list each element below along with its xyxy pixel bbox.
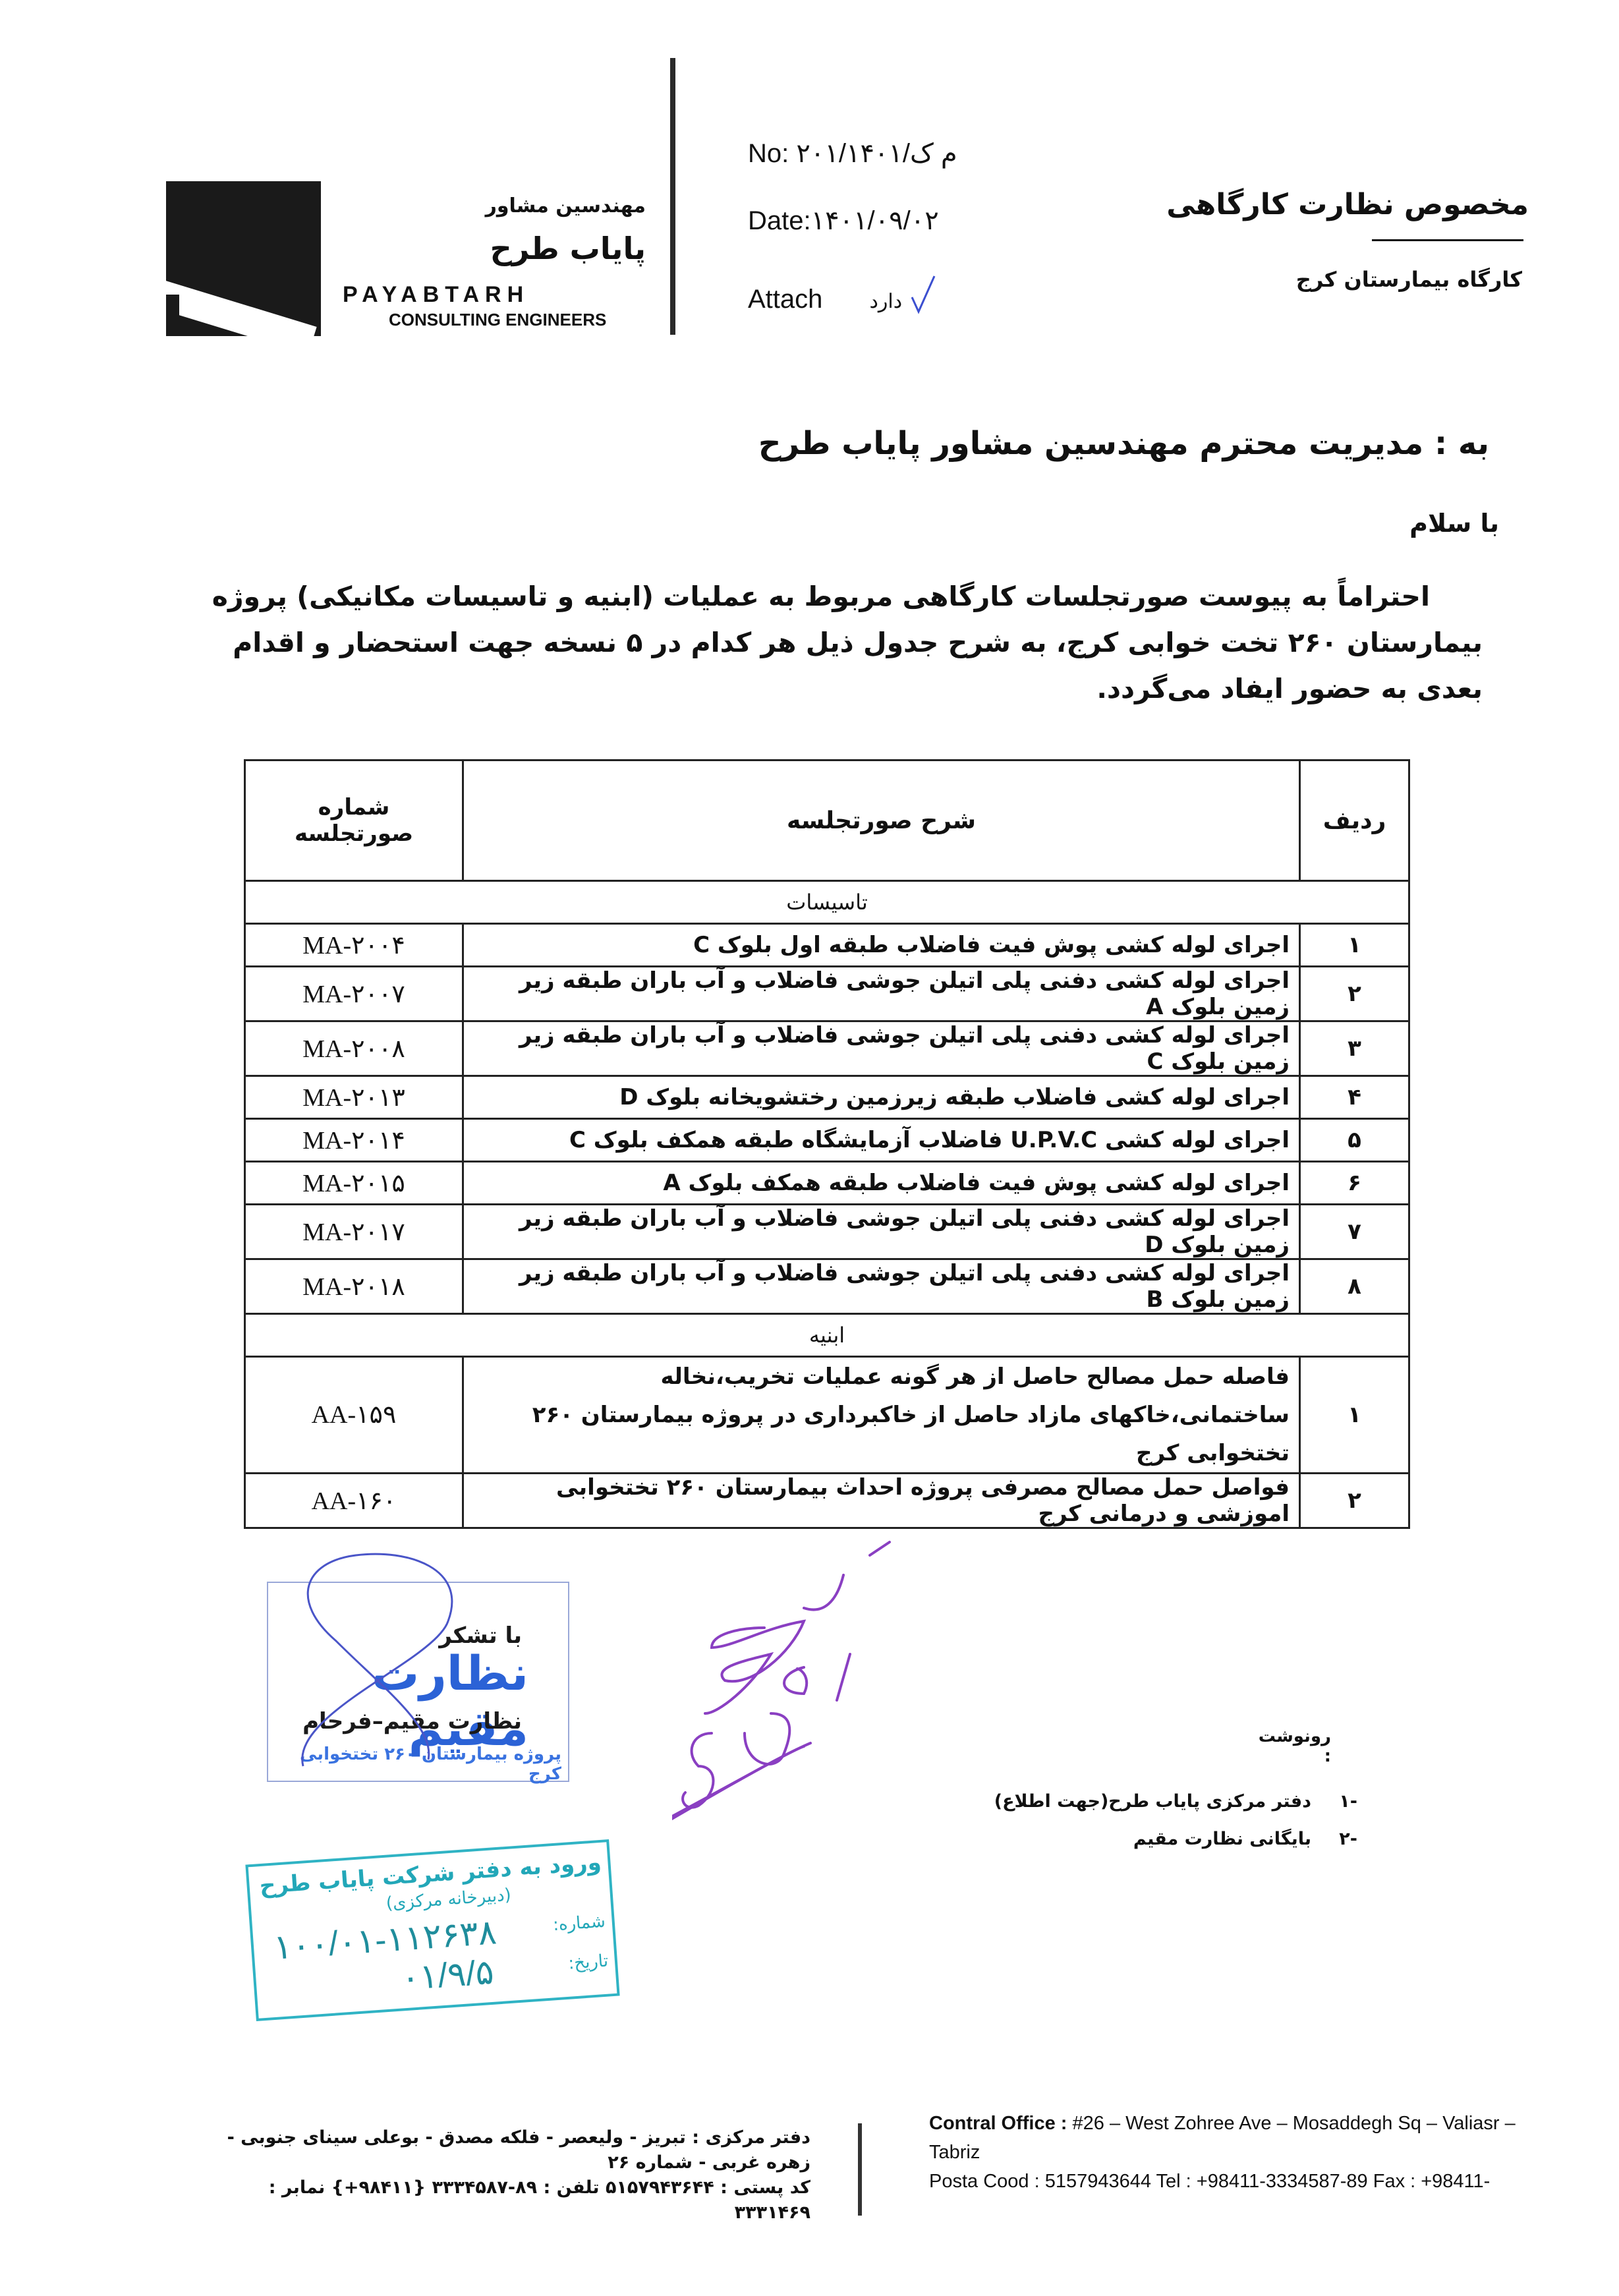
table-row: ۱ فاصله حمل مصالح حاصل از هر گونه عملیات… — [245, 1357, 1409, 1474]
footer-postal-line: Posta Cood : 5157943644 Tel : +98411-333… — [929, 2167, 1555, 2196]
row-number: ۸ — [1300, 1259, 1409, 1314]
row-minutes-number: MA-۲۰۰۸ — [245, 1021, 463, 1076]
row-number: ۱ — [1300, 1357, 1409, 1474]
firm-tagline-en: CONSULTING ENGINEERS — [389, 310, 606, 330]
minutes-table: ردیف شرح صورتجلسه شماره صورتجلسه تاسیسات… — [244, 759, 1410, 1529]
department-title: مخصوص نظارت کارگاهی — [1081, 188, 1529, 255]
row-minutes-number: MA-۲۰۱۸ — [245, 1259, 463, 1314]
row-description: اجرای لوله کشی پوش فیت فاضلاب طبقه اول ب… — [463, 924, 1300, 967]
row-minutes-number: MA-۲۰۱۷ — [245, 1205, 463, 1259]
footer-divider — [858, 2123, 862, 2216]
logo-shape — [166, 295, 179, 336]
row-description: اجرای لوله کشی دفنی پلی اتیلن جوشی فاضلا… — [463, 967, 1300, 1021]
cc-item-number: -۱ — [1311, 1791, 1357, 1812]
letter-date-value: ۱۴۰۱/۰۹/۰۲ — [811, 206, 939, 235]
letter-attachment: Attach دارد — [748, 275, 936, 314]
row-minutes-number: MA-۲۰۱۳ — [245, 1076, 463, 1119]
table-row: ۶ اجرای لوله کشی پوش فیت فاضلاب طبقه همک… — [245, 1162, 1409, 1205]
site-name: کارگاه بیمارستان کرج — [1186, 267, 1522, 292]
attach-label: Attach — [748, 285, 822, 314]
row-number: ۱ — [1300, 924, 1409, 967]
cc-item-text: دفتر مرکزی پایاب طرح(جهت اطلاع) — [994, 1791, 1311, 1812]
header-number-line1: شماره — [255, 794, 453, 820]
header-row-number: ردیف — [1300, 761, 1409, 881]
underline — [1372, 239, 1523, 241]
letter-body: احتراماً به پیوست صورتجلسات کارگاهی مربو… — [165, 573, 1483, 712]
letter-date: Date:۱۴۰۱/۰۹/۰۲ — [748, 206, 939, 236]
cc-item: -۲بایگانی نظارت مقیم — [955, 1829, 1357, 1849]
header-number-line2: صورتجلسه — [255, 820, 453, 847]
footer-address-line: دفتر مرکزی : تبریز - ولیعصر - فلکه مصدق … — [211, 2125, 810, 2175]
table-row: ۱ اجرای لوله کشی پوش فیت فاضلاب طبقه اول… — [245, 924, 1409, 967]
letter-number-value: ۲۰۱/م ک/۱۴۰۱ — [796, 139, 957, 168]
section-title: ابنیه — [245, 1314, 1409, 1357]
row-number: ۳ — [1300, 1021, 1409, 1076]
letter-number: No: ۲۰۱/م ک/۱۴۰۱ — [748, 138, 957, 169]
receipt-date: ۰۱/۹/۵ — [400, 1953, 495, 1999]
row-description: اجرای لوله کشی دفنی پلی اتیلن جوشی فاضلا… — [463, 1205, 1300, 1259]
header-minutes-number: شماره صورتجلسه — [245, 761, 463, 881]
checkmark-icon — [909, 275, 936, 314]
table-row: ۸ اجرای لوله کشی دفنی پلی اتیلن جوشی فاض… — [245, 1259, 1409, 1314]
row-description: اجرای لوله کشی U.P.V.C فاضلاب آزمایشگاه … — [463, 1119, 1300, 1162]
table-row: ۵ اجرای لوله کشی U.P.V.C فاضلاب آزمایشگا… — [245, 1119, 1409, 1162]
letter-number-label: No: — [748, 139, 789, 168]
row-minutes-number: AA-۱۵۹ — [245, 1357, 463, 1474]
row-number: ۵ — [1300, 1119, 1409, 1162]
header-divider — [670, 58, 675, 335]
table-row: ۷ اجرای لوله کشی دفنی پلی اتیلن جوشی فاض… — [245, 1205, 1409, 1259]
receipt-number-label: شماره: — [552, 1912, 606, 1935]
row-description: اجرای لوله کشی پوش فیت فاضلاب طبقه همکف … — [463, 1162, 1300, 1205]
section-header: ابنیه — [245, 1314, 1409, 1357]
signature-icon — [277, 1542, 514, 1793]
receipt-subtitle: (دبیرخانه مرکزی) — [385, 1885, 512, 1914]
cc-item-number: -۲ — [1311, 1829, 1357, 1849]
footer-office-label: Contral Office : — [929, 2113, 1067, 2134]
recipient-line: به : مدیریت محترم مهندسین مشاور پایاب طر… — [461, 425, 1489, 462]
table-row: ۲ اجرای لوله کشی دفنی پلی اتیلن جوشی فاض… — [245, 967, 1409, 1021]
row-minutes-number: AA-۱۶۰ — [245, 1474, 463, 1528]
receipt-stamp: ورود به دفتر شرکت پایاب طرح (دبیرخانه مر… — [245, 1839, 619, 2021]
company-logo — [166, 181, 321, 336]
letter-body-text: احتراماً به پیوست صورتجلسات کارگاهی مربو… — [212, 581, 1483, 704]
row-minutes-number: MA-۲۰۰۴ — [245, 924, 463, 967]
receipt-date-label: تاریخ: — [567, 1951, 608, 1974]
row-description: فاصله حمل مصالح حاصل از هر گونه عملیات ت… — [463, 1357, 1300, 1474]
row-minutes-number: MA-۲۰۱۵ — [245, 1162, 463, 1205]
footer-contact-line: کد پستی : ۵۱۵۷۹۴۳۶۴۴ تلفن : ۸۹-۳۳۳۴۵۸۷ {… — [211, 2175, 810, 2225]
row-description: اجرای لوله کشی فاضلاب طبقه زیرزمین رختشو… — [463, 1076, 1300, 1119]
row-description: اجرای لوله کشی دفنی پلی اتیلن جوشی فاضلا… — [463, 1021, 1300, 1076]
firm-name-fa-small: مهندسین مشاور — [474, 194, 646, 217]
letter-date-label: Date: — [748, 206, 811, 235]
firm-name-fa: پایاب طرح — [461, 231, 646, 266]
footer-office-line: Contral Office : #26 – West Zohree Ave –… — [929, 2109, 1555, 2167]
section-title: تاسیسات — [245, 881, 1409, 924]
department-title-text: مخصوص نظارت کارگاهی — [1166, 188, 1529, 221]
attach-value: دارد — [870, 291, 903, 312]
header-description: شرح صورتجلسه — [463, 761, 1300, 881]
row-number: ۴ — [1300, 1076, 1409, 1119]
row-minutes-number: MA-۲۰۰۷ — [245, 967, 463, 1021]
cc-item: -۱دفتر مرکزی پایاب طرح(جهت اطلاع) — [955, 1791, 1357, 1812]
row-number: ۷ — [1300, 1205, 1409, 1259]
table-header-row: ردیف شرح صورتجلسه شماره صورتجلسه — [245, 761, 1409, 881]
row-description: اجرای لوله کشی دفنی پلی اتیلن جوشی فاضلا… — [463, 1259, 1300, 1314]
table-row: ۴ اجرای لوله کشی فاضلاب طبقه زیرزمین رخت… — [245, 1076, 1409, 1119]
row-number: ۲ — [1300, 1474, 1409, 1528]
logo-stripe — [166, 277, 317, 336]
section-header: تاسیسات — [245, 881, 1409, 924]
handwritten-note-icon — [672, 1516, 1133, 1977]
cc-label: رونوشت : — [1252, 1727, 1331, 1766]
salutation: با سلام — [1252, 509, 1499, 538]
row-number: ۲ — [1300, 967, 1409, 1021]
cc-item-text: بایگانی نظارت مقیم — [1133, 1829, 1311, 1849]
table-row: ۳ اجرای لوله کشی دفنی پلی اتیلن جوشی فاض… — [245, 1021, 1409, 1076]
footer-address-en: Contral Office : #26 – West Zohree Ave –… — [929, 2109, 1555, 2196]
footer-address-fa: دفتر مرکزی : تبریز - ولیعصر - فلکه مصدق … — [211, 2125, 810, 2225]
row-number: ۶ — [1300, 1162, 1409, 1205]
firm-name-en: PAYABTARH — [343, 282, 529, 308]
row-minutes-number: MA-۲۰۱۴ — [245, 1119, 463, 1162]
